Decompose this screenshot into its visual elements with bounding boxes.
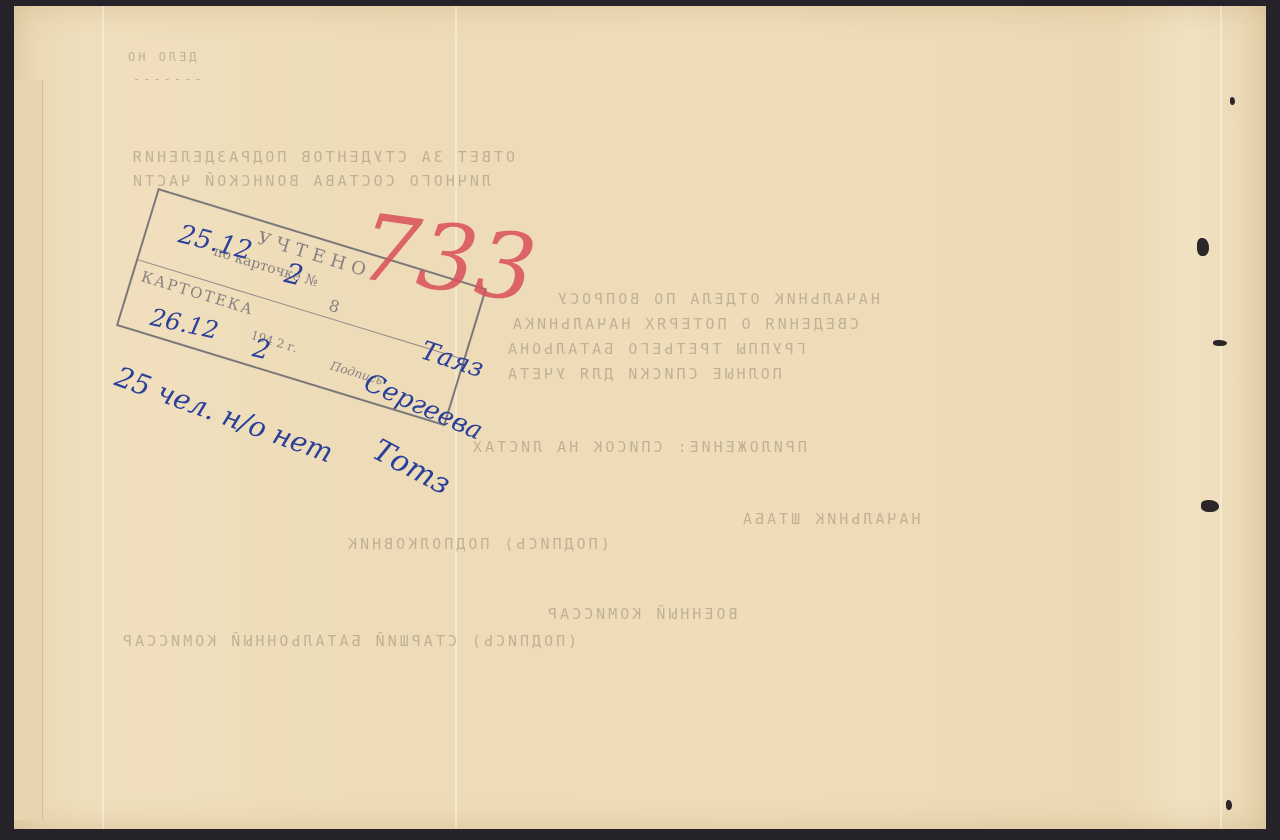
ghost-text-line: (ПОДПИСЬ) СТАРШИЙ БАТАЛЬОННЫЙ КОМИССАР	[120, 632, 577, 650]
ghost-text-line: ПОЛНЫЕ СПИСКИ ДЛЯ УЧЕТА	[505, 365, 782, 383]
ghost-text-line: НАЧАЛЬНИК ШТАБА	[740, 510, 920, 528]
ghost-text-line: ПРИЛОЖЕНИЕ: СПИСОК НА ЛИСТАХ	[470, 438, 807, 456]
ghost-text-line: ГРУППЫ ТРЕТЬЕГО БАТАЛЬОНА	[505, 340, 806, 358]
ghost-text-line: (ПОДПИСЬ) ПОДПОЛКОВНИК	[345, 535, 610, 553]
ghost-text-line: ЛИЧНОГО СОСТАВА ВОИНСКОЙ ЧАСТИ	[130, 172, 491, 190]
fold-line	[102, 6, 104, 829]
binding-hole	[1213, 340, 1227, 346]
ghost-text-line: ОТВЕТ ЗА СТУДЕНТОВ ПОДРАЗДЕЛЕНИЯ	[130, 148, 515, 166]
fold-line	[1220, 6, 1222, 829]
ghost-text-line: ДЕЛО НО	[125, 50, 197, 64]
ghost-text-line: -------	[130, 72, 202, 86]
binding-hole	[1201, 500, 1219, 512]
ghost-text-line: ВОЕННЫЙ КОМИССАР	[545, 605, 738, 623]
binding-hole	[1230, 97, 1235, 105]
binding-hole	[1226, 800, 1232, 810]
ghost-text-line: СВЕДЕНИЯ О ПОТЕРЯХ НАЧАЛЬНИКА	[510, 315, 859, 333]
binding-hole	[1197, 238, 1209, 256]
torn-left-margin	[14, 80, 43, 820]
stamp-card-number: 8	[327, 296, 342, 317]
ghost-text-line: НАЧАЛЬНИК ОТДЕЛА ПО ВОПРОСУ	[555, 290, 880, 308]
